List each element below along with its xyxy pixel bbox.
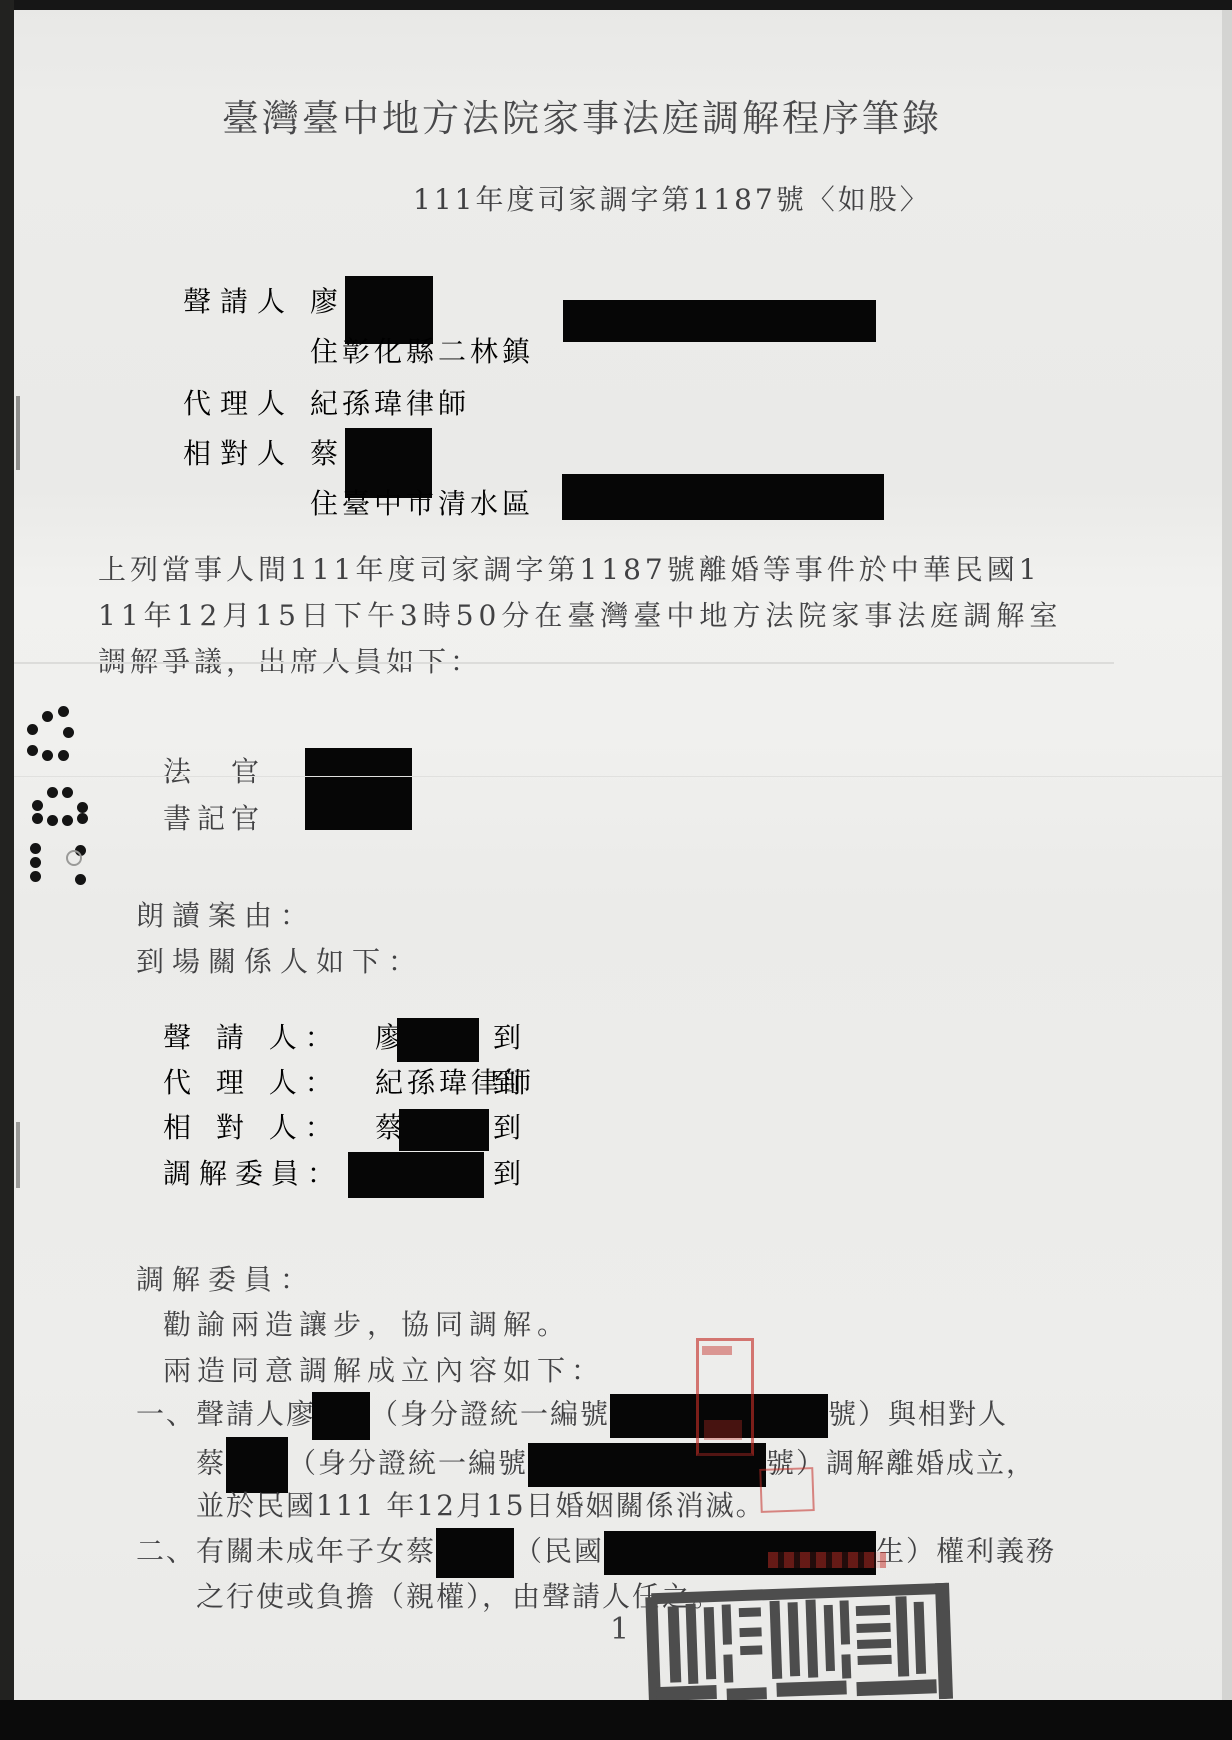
intro-line-1: 上列當事人間111年度司家調字第1187號離婚等事件於中華民國1 xyxy=(98,548,1041,588)
attendance-row-mediator: 調解委員： 到 xyxy=(163,1152,763,1200)
attendance-label: 聲 請 人： xyxy=(163,1016,341,1056)
red-stamp-mark xyxy=(702,1346,732,1355)
red-stamp-mark xyxy=(704,1420,742,1440)
punch-dot-ring xyxy=(66,850,82,866)
scan-border-right xyxy=(1222,0,1232,1740)
attendance-status: 到 xyxy=(493,1152,521,1192)
attendance-label: 代 理 人： xyxy=(163,1061,341,1101)
redaction-box xyxy=(348,1152,484,1198)
intro-line-3: 調解爭議，出席人員如下： xyxy=(98,640,482,680)
respondent-label: 相對人 xyxy=(183,432,294,472)
respondent-address: 住臺中市清水區 xyxy=(310,482,534,522)
agent-name: 紀孫瑋律師 xyxy=(310,382,470,422)
intro-line-2: 11年12月15日下午3時50分在臺灣臺中地方法院家事法庭調解室 xyxy=(98,594,1062,634)
attendance-row-applicant: 聲 請 人： 廖 到 xyxy=(163,1016,763,1064)
staple-mark xyxy=(16,396,20,470)
attendance-row-respondent: 相 對 人： 蔡 到 xyxy=(163,1106,763,1154)
scan-line xyxy=(14,662,1114,664)
clause-text: 生）權利義務 xyxy=(876,1535,1056,1568)
scan-border-left xyxy=(0,0,14,1740)
clause-text: 並於民國111 年12月15日婚姻關係消滅。 xyxy=(196,1489,766,1522)
document-page: 臺灣臺中地方法院家事法庭調解程序筆錄 111年度司家調字第1187號〈如股〉 聲… xyxy=(0,0,1232,1740)
attendance-name: 廖 xyxy=(375,1016,479,1062)
redaction-box xyxy=(563,300,876,342)
clause-text: 蔡 xyxy=(196,1447,226,1480)
attendance-label: 相 對 人： xyxy=(163,1106,341,1146)
page-number: 1 xyxy=(610,1612,629,1647)
clause-text: 有關未成年子女蔡 xyxy=(196,1535,436,1568)
agent-label: 代理人 xyxy=(183,382,294,422)
attendees-heading: 到場關係人如下： xyxy=(136,940,424,980)
applicant-label: 聲請人 xyxy=(183,280,294,320)
judge-label: 法 官 xyxy=(163,750,265,790)
clerk-label: 書記官 xyxy=(163,797,265,837)
attendance-status: 到 xyxy=(493,1016,521,1056)
redaction-box xyxy=(562,474,884,520)
attendance-row-agent: 代 理 人： 紀孫瑋律師 到 xyxy=(163,1061,763,1109)
scan-border-bottom xyxy=(0,1700,1232,1740)
document-title: 臺灣臺中地方法院家事法庭調解程序筆錄 xyxy=(222,88,942,142)
attendance-label: 調解委員： xyxy=(163,1152,343,1192)
clause-text: （身分證統一編號 xyxy=(370,1398,610,1431)
clause-text: （身分證統一編號 xyxy=(288,1447,528,1480)
clause-two-line-1: 二、有關未成年子女蔡（民國生）權利義務 xyxy=(136,1528,1056,1578)
mediator-statement: 勸諭兩造讓步，協同調解。 xyxy=(163,1303,571,1343)
attendance-name xyxy=(348,1152,484,1198)
scan-border-top xyxy=(0,0,1232,10)
applicant-name: 廖 xyxy=(310,280,342,320)
clause-text: 號）與相對人 xyxy=(828,1398,1008,1431)
redaction-box xyxy=(397,1018,479,1062)
attendance-status: 到 xyxy=(493,1061,521,1101)
clause-text: （民國 xyxy=(514,1535,604,1568)
clause-text: 聲請人廖 xyxy=(196,1398,316,1431)
read-case-heading: 朗讀案由： xyxy=(136,894,316,934)
redaction-box xyxy=(399,1109,489,1151)
case-number: 111年度司家調字第1187號〈如股〉 xyxy=(413,178,931,218)
clause-number: 二、 xyxy=(136,1535,196,1568)
clause-one-line-1: 一、聲請人廖（身分證統一編號號）與相對人 xyxy=(136,1392,1008,1440)
red-stamp-fringe xyxy=(768,1552,886,1568)
clause-one-line-3: 並於民國111 年12月15日婚姻關係消滅。 xyxy=(196,1484,766,1524)
agreement-intro: 兩造同意調解成立內容如下： xyxy=(163,1349,605,1389)
attendance-status: 到 xyxy=(493,1106,521,1146)
staple-mark xyxy=(16,1122,20,1188)
redaction-box xyxy=(312,1392,370,1440)
respondent-name: 蔡 xyxy=(310,432,342,472)
redaction-box xyxy=(436,1528,514,1578)
clause-number: 一、 xyxy=(136,1398,196,1431)
mediator-heading: 調解委員： xyxy=(136,1258,316,1298)
attendance-name: 蔡 xyxy=(375,1106,489,1151)
court-seal-stamp xyxy=(643,1577,959,1710)
redaction-box xyxy=(305,748,412,830)
applicant-address: 住彰化縣二林鎮 xyxy=(310,330,534,370)
red-stamp-box xyxy=(759,1467,815,1513)
scan-line xyxy=(14,776,1232,777)
